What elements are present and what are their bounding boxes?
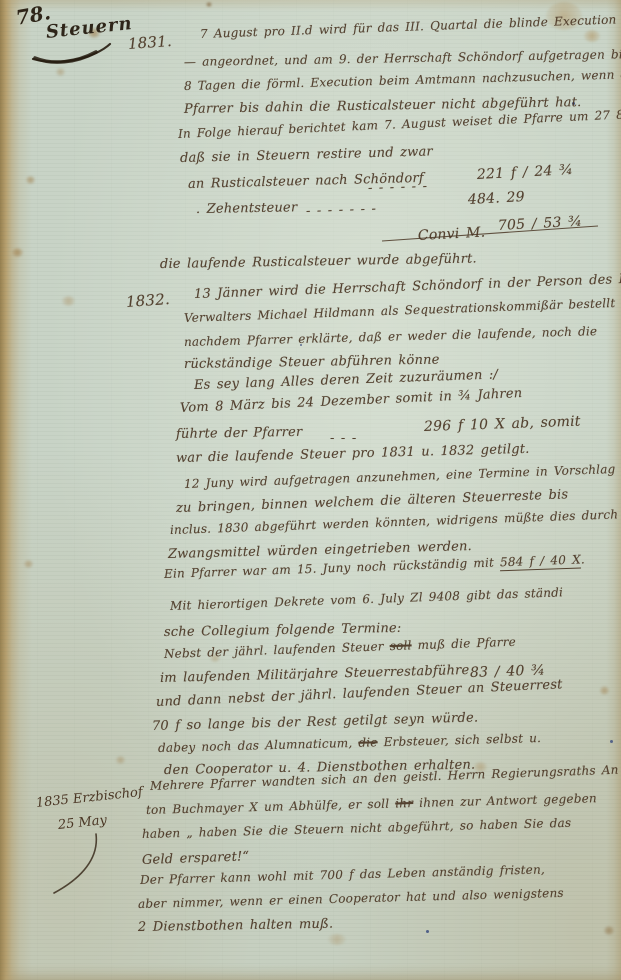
text-fragment: 221 f / 24 ¾: [477, 162, 574, 183]
manuscript-line: daß sie in Steuern restire und zwar: [180, 145, 433, 166]
manuscript-line: führte der Pfarrer: [176, 426, 303, 443]
manuscript-line: 1832.: [125, 291, 170, 311]
manuscript-line: haben „ haben Sie die Steuern nicht abge…: [142, 817, 572, 841]
text-fragment: — angeordnet, und am 9. der Herrschaft S…: [184, 47, 621, 69]
manuscript-line: 1831.: [127, 33, 172, 53]
text-fragment: war die laufende Steuer pro 1831 u. 1832…: [176, 442, 530, 466]
text-fragment: aber nimmer, wenn er einen Cooperator ha…: [138, 886, 564, 911]
text-fragment: dabey noch das Alumnaticum,: [158, 736, 359, 755]
manuscript-line: nachdem Pfarrer erklärte, daß er weder d…: [184, 325, 598, 349]
text-fragment: Convi M.: [418, 224, 486, 244]
margin-note-1835-line1: 1835 Erzbischof: [35, 785, 143, 811]
struck-word: ihr: [395, 796, 413, 810]
foxing-spot: [328, 934, 346, 945]
manuscript-line: 2 Dienstbothen halten muß.: [138, 918, 334, 936]
manuscript-line: - - -: [330, 432, 356, 446]
heading-flourish-stroke-thick: [35, 52, 96, 62]
foxing-spot: [24, 560, 33, 568]
text-fragment: 7 August pro II.d wird für das III. Quar…: [200, 12, 617, 41]
manuscript-line: 296 f 10 X ab, somit: [424, 415, 581, 436]
manuscript-line: dabey noch das Alumnaticum, die Erbsteue…: [158, 732, 541, 755]
text-fragment: 1832.: [125, 290, 170, 311]
text-fragment: 70 f so lange bis der Rest getilgt seyn …: [152, 710, 479, 734]
manuscript-line: ton Buchmayer X um Abhülfe, er soll ihr …: [146, 792, 597, 817]
manuscript-line: Mit hierortigen Dekrete vom 6. July Zl 9…: [170, 586, 564, 613]
text-fragment: Mit hierortigen Dekrete vom 6. July Zl 9…: [170, 585, 564, 613]
manuscript-line: Nebst der jährl. laufenden Steuer soll m…: [164, 636, 516, 661]
manuscript-line: Convi M.: [418, 225, 486, 244]
text-fragment: rückständige Steuer abführen könne: [184, 353, 440, 372]
margin-heading: Steuern: [45, 13, 134, 43]
text-fragment: .: [581, 552, 586, 566]
heading-flourish-stroke: [33, 44, 110, 62]
foxing-spot: [26, 176, 35, 184]
text-fragment: 2 Dienstbothen halten muß.: [138, 917, 334, 935]
foxing-spot: [206, 2, 212, 7]
manuscript-line: die laufende Rusticalsteuer wurde abgefü…: [160, 252, 477, 272]
foxing-spot: [12, 248, 23, 257]
manuscript-line: sche Collegium folgende Termine:: [164, 622, 402, 640]
text-fragment: - - - - - - -: [306, 202, 377, 219]
foxing-spot: [600, 686, 609, 695]
ink-speck: [610, 740, 613, 743]
foxing-spot: [116, 756, 125, 764]
manuscript-line: 7 August pro II.d wird für das III. Quar…: [200, 13, 617, 41]
struck-word: soll: [389, 638, 411, 653]
text-fragment: ihnen zur Antwort gegeben: [413, 791, 597, 810]
text-fragment: 296 f 10 X ab, somit: [424, 414, 581, 435]
text-fragment: 705 / 53 ¾: [498, 214, 583, 234]
manuscript-line: . Zehentsteuer: [196, 201, 298, 217]
text-fragment: - - -: [330, 431, 356, 446]
foxing-spot: [604, 926, 614, 935]
foxing-spot: [62, 296, 75, 306]
foxing-spot: [56, 68, 65, 76]
text-fragment: führte der Pfarrer: [176, 425, 303, 442]
manuscript-line: Geld ersparet!“: [142, 850, 250, 868]
text-fragment: muß die Pfarre: [411, 635, 516, 653]
text-fragment: nachdem Pfarrer erklärte, daß er weder d…: [184, 324, 598, 349]
manuscript-line: - - - - - - -: [306, 203, 377, 220]
text-fragment: sche Collegium folgende Termine:: [164, 621, 402, 640]
margin-note-flourish: [54, 834, 96, 893]
foxing-spot: [584, 30, 600, 42]
manuscript-line: — angeordnet, und am 9. der Herrschaft S…: [184, 48, 621, 69]
text-fragment: 484. 29: [468, 189, 526, 208]
text-fragment: Geld ersparet!“: [142, 849, 250, 868]
text-fragment: - - - - - -: [368, 179, 428, 196]
ink-speck: [426, 930, 429, 933]
manuscript-line: war die laufende Steuer pro 1831 u. 1832…: [176, 443, 530, 467]
text-fragment: 1831.: [127, 32, 172, 53]
manuscript-line: Der Pfarrer kann wohl mit 700 f das Lebe…: [140, 863, 545, 887]
text-fragment: haben „ haben Sie die Steuern nicht abge…: [142, 816, 572, 841]
manuscript-line: rückständige Steuer abführen könne: [184, 354, 440, 373]
manuscript-line: 705 / 53 ¾: [498, 215, 583, 235]
text-fragment: Erbsteuer, sich selbst u.: [377, 731, 541, 749]
text-fragment: 8 Tagen die förml. Execution beim Amtman…: [184, 67, 621, 93]
text-fragment: ton Buchmayer X um Abhülfe, er soll: [146, 796, 396, 817]
text-fragment: . Zehentsteuer: [196, 200, 298, 217]
manuscript-line: Verwalters Michael Hildmann als Sequestr…: [184, 297, 616, 325]
manuscript-page: 78. Steuern 1835 Erzbischof 25 May 1831.…: [0, 0, 621, 980]
margin-note-1835-line2: 25 May: [57, 813, 107, 833]
text-fragment: die laufende Rusticalsteuer wurde abgefü…: [160, 251, 477, 272]
manuscript-line: 484. 29: [468, 190, 526, 208]
manuscript-line: 8 Tagen die förml. Execution beim Amtman…: [184, 68, 621, 93]
underlined-amount: 584 f / 40 X: [500, 552, 581, 571]
manuscript-line: 70 f so lange bis der Rest getilgt seyn …: [152, 711, 479, 734]
text-fragment: daß sie in Steuern restire und zwar: [180, 144, 433, 166]
manuscript-line: aber nimmer, wenn er einen Cooperator ha…: [138, 887, 564, 911]
manuscript-line: - - - - - -: [368, 180, 428, 196]
manuscript-line: 221 f / 24 ¾: [477, 163, 574, 183]
struck-word: die: [358, 735, 378, 749]
text-fragment: Nebst der jährl. laufenden Steuer: [164, 639, 390, 661]
text-fragment: 12 Juny wird aufgetragen anzunehmen, ein…: [184, 462, 616, 491]
